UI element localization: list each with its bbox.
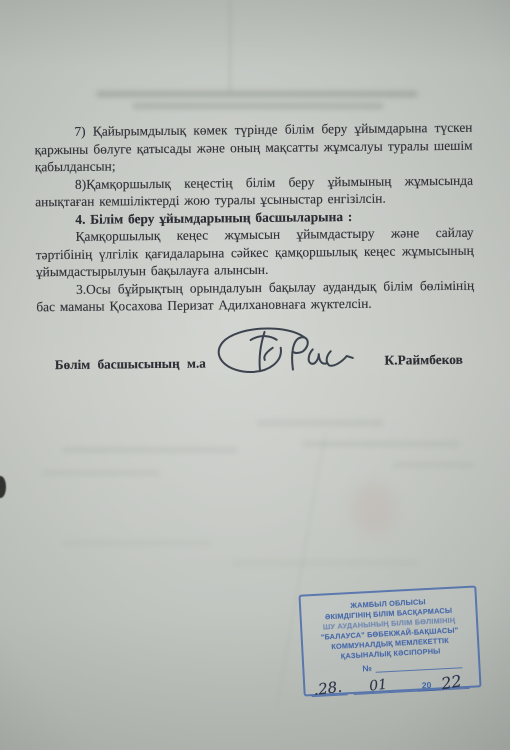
official-stamp: ЖАМБЫЛ ОБЛЫСЫ ӘКІМДІГІНІҢ БІЛІМ БАСҚАРМА…: [298, 585, 481, 696]
signature-block: Бөлім басшысының м.а К.Раймбеков: [37, 350, 475, 385]
scanned-document-page: 7) Қайырымдылық көмек түрінде білім беру…: [0, 0, 510, 750]
paragraph: 7) Қайырымдылық көмек түрінде білім беру…: [34, 119, 473, 176]
printed-year-prefix: 20: [422, 679, 432, 689]
handwritten-day: .28.: [312, 677, 343, 698]
signer-name: К.Раймбеков: [384, 352, 463, 369]
paragraph: 3.Осы бұйрықтың орындалуын бақылау аудан…: [36, 276, 474, 316]
signature-scribble: [204, 323, 355, 387]
handwritten-year: 22: [440, 671, 463, 693]
paragraph: 8)Қамқоршылық кеңестің білім беру ұйымын…: [35, 171, 473, 211]
signer-role-label: Бөлім басшысының м.а: [55, 356, 206, 374]
handwritten-month: 01: [369, 676, 388, 694]
number-sign-label: №: [362, 663, 372, 673]
paragraph: Қамқоршылық кеңес жұмысын ұйымдастыру жә…: [35, 224, 474, 281]
document-body: 7) Қайырымдылық көмек түрінде білім беру…: [34, 119, 474, 316]
